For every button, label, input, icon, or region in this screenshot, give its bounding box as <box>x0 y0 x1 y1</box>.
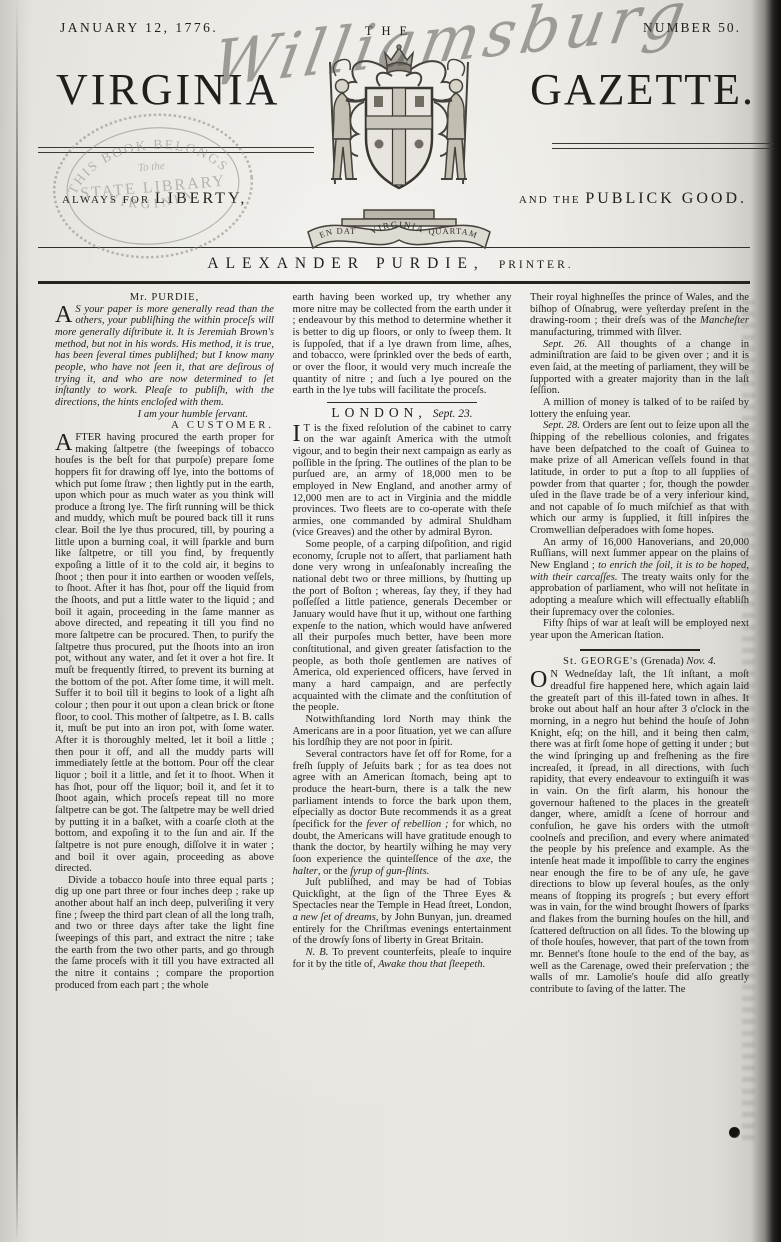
dateline: Sept. 28. <box>543 420 580 431</box>
paragraph-italic: ſyrup of gun-flints. <box>350 866 429 877</box>
virginia-coat-of-arms: EN DAT VIRGINIA QUARTAM <box>294 42 504 257</box>
newspaper-title-right: GAZETTE. <box>530 64 755 115</box>
drop-cap: O <box>530 669 550 690</box>
newspaper-page: JANUARY 12, 1776. THE NUMBER 50. William… <box>0 0 781 1242</box>
paragraph-text: , or the <box>318 866 350 877</box>
drop-cap: I <box>293 423 304 444</box>
article-paragraph: AFTER having procured the earth proper f… <box>55 432 274 875</box>
article-paragraph: A million of money is talked of to be ra… <box>530 397 749 420</box>
paragraph-text: Several contractors have ſet off for Rom… <box>293 749 512 830</box>
pedestal <box>342 210 456 226</box>
printer-title: PRINTER. <box>499 259 574 271</box>
article-paragraph: N. B. To prevent counterfeits, pleaſe to… <box>293 947 512 970</box>
heading-date: Nov. 4. <box>686 656 716 667</box>
section-divider <box>580 649 700 651</box>
shield <box>366 88 432 188</box>
letter-paragraph: AS your paper is more generally read tha… <box>55 304 274 409</box>
paragraph-text: N Wedneſday laſt, the 1ſt inſtant, a moſ… <box>530 669 749 995</box>
paragraph-text: Orders are ſent out to ſeize upon all th… <box>530 420 749 536</box>
article-paragraph: Notwithſtanding lord North may think the… <box>293 714 512 749</box>
article-paragraph: Some people, of a carping diſpoſition, a… <box>293 539 512 714</box>
motto-right: AND THE PUBLICK GOOD. <box>519 190 747 208</box>
section-heading-st-georges: St. GEORGE's (Grenada) Nov. 4. <box>530 656 749 668</box>
paragraph-text: FTER having procured the earth proper fo… <box>55 432 274 874</box>
double-rule-right <box>552 143 774 149</box>
paragraph-text: , the <box>491 854 512 865</box>
library-stamp: THIS BOOK BELONGS To the STATE LIBRARY V… <box>41 97 264 275</box>
article-paragraph: Their royal highneſſes the prince of Wal… <box>530 292 749 339</box>
paragraph-italic: N. B. <box>306 947 329 958</box>
stamp-line2: To the <box>137 160 165 174</box>
paragraph-text: manufacturing, trimmed with ſilver. <box>530 327 682 338</box>
supporter-figure <box>330 59 368 184</box>
motto-right-small: AND THE <box>519 194 586 206</box>
letter-signoff: I am your humble ſervant. <box>55 409 274 421</box>
letter-signature: A CUSTOMER. <box>55 420 274 432</box>
paragraph-text: T is the fixed reſolution of the cabinet… <box>293 423 512 539</box>
column-1: Mr. PURDIE, AS your paper is more genera… <box>55 292 274 1240</box>
issue-number: NUMBER 50. <box>643 20 741 36</box>
heading-place: (Grenada) <box>638 656 686 667</box>
drop-cap: A <box>55 304 75 325</box>
heading-date: Sept. 23. <box>433 408 473 420</box>
section-divider <box>327 402 477 403</box>
article-paragraph: Sept. 26. All thoughts of a change in ad… <box>530 339 749 397</box>
column-3: Their royal highneſſes the prince of Wal… <box>530 292 749 1240</box>
dateline: Sept. 26. <box>543 339 587 350</box>
article-paragraph: IT is the fixed reſolution of the cabine… <box>293 423 512 540</box>
article-paragraph: Divide a tobacco houſe into three equal … <box>55 875 274 992</box>
article-paragraph: Sept. 28. Orders are ſent out to ſeize u… <box>530 420 749 537</box>
article-paragraph: Juſt publiſhed, and may be had of Tobias… <box>293 877 512 947</box>
heading-city: LONDON, <box>331 405 426 420</box>
article-paragraph: Fifty ſhips of war at leaſt will be empl… <box>530 618 749 641</box>
heading-city: St. GEORGE's <box>563 656 638 667</box>
paragraph-italic: Awake thou that ſleepeth. <box>378 959 485 970</box>
article-paragraph: An army of 16,000 Hanoverians, and 20,00… <box>530 537 749 619</box>
paragraph-italic: a new ſet of dreams <box>293 912 376 923</box>
article-paragraph: earth having been worked up, try whether… <box>293 292 512 397</box>
ink-blot <box>729 1127 740 1138</box>
section-heading-london: LONDON,Sept. 23. <box>293 407 512 421</box>
scan-edge-right <box>751 0 781 1242</box>
article-columns: Mr. PURDIE, AS your paper is more genera… <box>55 292 749 1240</box>
letter-salutation: Mr. PURDIE, <box>55 292 274 304</box>
rule-below-printer <box>38 281 750 284</box>
article-paragraph: ON Wedneſday laſt, the 1ſt inſtant, a mo… <box>530 669 749 995</box>
letter-text: S your paper is more generally read than… <box>55 304 274 408</box>
crown-icon <box>385 45 413 73</box>
motto-right-big: PUBLICK GOOD. <box>585 190 747 207</box>
drop-cap: A <box>55 432 75 453</box>
article-paragraph: Several contractors have ſet off for Rom… <box>293 749 512 877</box>
paragraph-italic: fever of rebellion ; <box>366 819 448 830</box>
paragraph-text: Juſt publiſhed, and may be had of Tobias… <box>293 877 512 911</box>
paragraph-italic: axe <box>476 854 491 865</box>
paragraph-italic: halter <box>293 866 318 877</box>
column-2: earth having been worked up, try whether… <box>293 292 512 1240</box>
scan-edge-left <box>16 0 18 1242</box>
